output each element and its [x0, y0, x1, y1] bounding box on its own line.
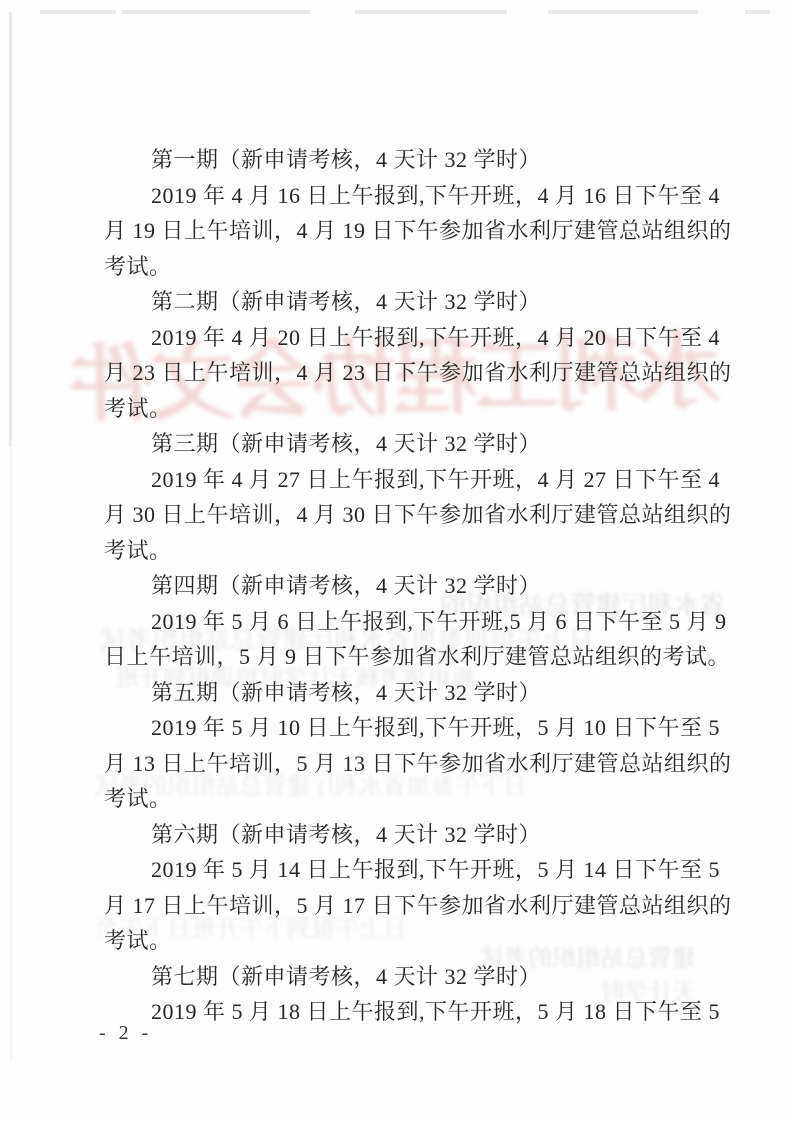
section-5-heading: 第五期（新申请考核，4 天计 32 学时）: [104, 675, 716, 711]
section-4-body-line-2: 日上午培训，5 月 9 日下午参加省水利厅建管总站组织的考试。: [104, 639, 716, 675]
scan-artifact: [122, 10, 310, 14]
section-2-body-line-2: 月 23 日上午培训，4 月 23 日下午参加省水利厅建管总站组织的: [104, 355, 716, 391]
section-7-heading: 第七期（新申请考核，4 天计 32 学时）: [104, 959, 716, 995]
section-3-body-line-1: 2019 年 4 月 27 日上午报到,下午开班，4 月 27 日下午至 4: [104, 462, 716, 498]
document-page: 水利工程协会文件 省水利厅建管总站组织的 日上午培训参加省水利厅建管总站组织考试…: [0, 0, 792, 1121]
scan-edge-line-faint: [10, 440, 12, 1060]
scan-edge-line: [9, 12, 12, 447]
section-2-body-line-3: 考试。: [104, 391, 716, 427]
section-3-body-line-2: 月 30 日上午培训，4 月 30 日下午参加省水利厅建管总站组织的: [104, 497, 716, 533]
section-4-body-line-1: 2019 年 5 月 6 日上午报到,下午开班,5 月 6 日下午至 5 月 9: [104, 604, 716, 640]
section-3-heading: 第三期（新申请考核，4 天计 32 学时）: [104, 426, 716, 462]
section-6-body-line-3: 考试。: [104, 923, 716, 959]
scan-artifact: [40, 10, 116, 14]
section-5-body-line-3: 考试。: [104, 781, 716, 817]
scan-artifact: [548, 10, 698, 14]
section-7-body-line-1: 2019 年 5 月 18 日上午报到,下午开班，5 月 18 日下午至 5: [104, 994, 716, 1030]
section-5-body-line-2: 月 13 日上午培训，5 月 13 日下午参加省水利厅建管总站组织的: [104, 746, 716, 782]
section-2-body-line-1: 2019 年 4 月 20 日上午报到,下午开班，4 月 20 日下午至 4: [104, 320, 716, 356]
document-body: 第一期（新申请考核，4 天计 32 学时）2019 年 4 月 16 日上午报到…: [104, 142, 716, 1030]
section-1-heading: 第一期（新申请考核，4 天计 32 学时）: [104, 142, 716, 178]
scan-artifact: [745, 10, 770, 14]
section-3-body-line-3: 考试。: [104, 533, 716, 569]
section-6-body-line-1: 2019 年 5 月 14 日上午报到,下午开班，5 月 14 日下午至 5: [104, 852, 716, 888]
section-1-body-line-1: 2019 年 4 月 16 日上午报到,下午开班，4 月 16 日下午至 4: [104, 178, 716, 214]
page-number: - 2 -: [99, 1022, 152, 1045]
section-4-heading: 第四期（新申请考核，4 天计 32 学时）: [104, 568, 716, 604]
section-2-heading: 第二期（新申请考核，4 天计 32 学时）: [104, 284, 716, 320]
section-6-body-line-2: 月 17 日上午培训，5 月 17 日下午参加省水利厅建管总站组织的: [104, 888, 716, 924]
section-1-body-line-3: 考试。: [104, 249, 716, 285]
section-5-body-line-1: 2019 年 5 月 10 日上午报到,下午开班，5 月 10 日下午至 5: [104, 710, 716, 746]
scan-artifact: [355, 10, 507, 14]
section-1-body-line-2: 月 19 日上午培训，4 月 19 日下午参加省水利厅建管总站组织的: [104, 213, 716, 249]
section-6-heading: 第六期（新申请考核，4 天计 32 学时）: [104, 817, 716, 853]
